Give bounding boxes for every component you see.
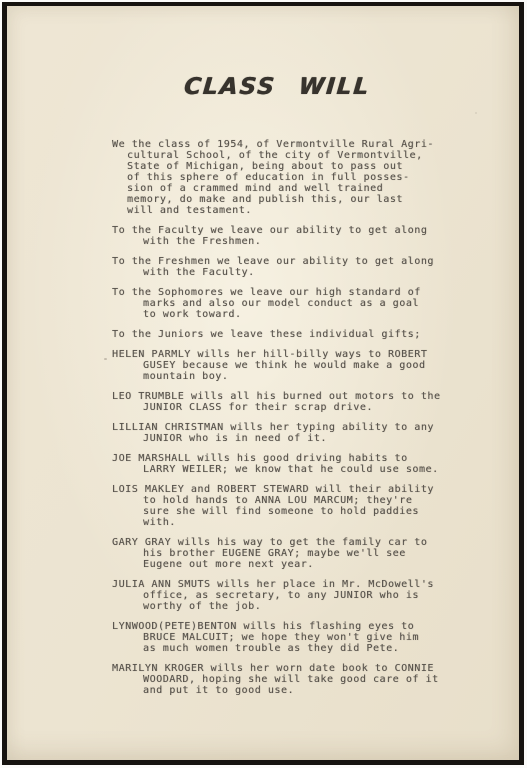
text-line: To the Faculty we leave our ability to g… (112, 225, 457, 236)
paragraph: To the Sophomores we leave our high stan… (112, 287, 457, 320)
text-line: as much women trouble as they did Pete. (112, 643, 457, 654)
text-line: cultural School, of the city of Vermontv… (112, 150, 457, 161)
paragraph: LEO TRUMBLE wills all his burned out mot… (112, 391, 457, 413)
text-line: LARRY WEILER; we know that he could use … (112, 464, 457, 475)
text-line: BRUCE MALCUIT; we hope they won't give h… (112, 632, 457, 643)
paragraph: GARY GRAY wills his way to get the famil… (112, 537, 457, 570)
text-line: LOIS MAKLEY and ROBERT STEWARD will thei… (112, 484, 457, 495)
text-line: office, as secretary, to any JUNIOR who … (112, 590, 457, 601)
paragraph: JULIA ANN SMUTS wills her place in Mr. M… (112, 579, 457, 612)
text-line: JOE MARSHALL wills his good driving habi… (112, 453, 457, 464)
text-line: GUSEY because we think he would make a g… (112, 360, 457, 371)
text-line: To the Sophomores we leave our high stan… (112, 287, 457, 298)
text-line: of this sphere of education in full poss… (112, 172, 457, 183)
text-line: with. (112, 517, 457, 528)
text-line: MARILYN KROGER wills her worn date book … (112, 663, 457, 674)
text-line: JULIA ANN SMUTS wills her place in Mr. M… (112, 579, 457, 590)
text-line: GARY GRAY wills his way to get the famil… (112, 537, 457, 548)
paragraph: We the class of 1954, of Vermontville Ru… (112, 139, 457, 216)
paper-background: CLASS WILL We the class of 1954, of Verm… (7, 6, 519, 760)
text-line: State of Michigan, being about to pass o… (112, 161, 457, 172)
page-title-wrap: CLASS WILL (97, 74, 457, 100)
text-line: sion of a crammed mind and well trained (112, 183, 457, 194)
text-line: sure she will find someone to hold paddi… (112, 506, 457, 517)
text-line: marks and also our model conduct as a go… (112, 298, 457, 309)
text-line: his brother EUGENE GRAY; maybe we'll see (112, 548, 457, 559)
text-line: To the Juniors we leave these individual… (112, 329, 457, 340)
text-line: To the Freshmen we leave our ability to … (112, 256, 457, 267)
text-line: with the Freshmen. (112, 236, 457, 247)
text-line: LEO TRUMBLE wills all his burned out mot… (112, 391, 457, 402)
text-line: memory, do make and publish this, our la… (112, 194, 457, 205)
text-line: will and testament. (112, 205, 457, 216)
text-line: JUNIOR CLASS for their scrap drive. (112, 402, 457, 413)
text-line: to work toward. (112, 309, 457, 320)
text-line: with the Faculty. (112, 267, 457, 278)
paragraph: To the Freshmen we leave our ability to … (112, 256, 457, 278)
scanned-page: CLASS WILL We the class of 1954, of Verm… (0, 0, 527, 768)
text-line: worthy of the job. (112, 601, 457, 612)
text-line: mountain boy. (112, 371, 457, 382)
text-line: and put it to good use. (112, 685, 457, 696)
paragraph: To the Juniors we leave these individual… (112, 329, 457, 340)
text-line: LILLIAN CHRISTMAN wills her typing abili… (112, 422, 457, 433)
class-will-text: We the class of 1954, of Vermontville Ru… (112, 139, 457, 696)
paragraph: JOE MARSHALL wills his good driving habi… (112, 453, 457, 475)
page-title: CLASS WILL (183, 74, 371, 100)
text-line: HELEN PARMLY wills her hill-billy ways t… (112, 349, 457, 360)
paper-speck (475, 112, 477, 114)
paragraph: LYNWOOD(PETE)BENTON wills his flashing e… (112, 621, 457, 654)
text-line: to hold hands to ANNA LOU MARCUM; they'r… (112, 495, 457, 506)
text-line: We the class of 1954, of Vermontville Ru… (112, 139, 457, 150)
paragraph: HELEN PARMLY wills her hill-billy ways t… (112, 349, 457, 382)
text-line: WOODARD, hoping she will take good care … (112, 674, 457, 685)
text-line: Eugene out more next year. (112, 559, 457, 570)
text-line: JUNIOR who is in need of it. (112, 433, 457, 444)
paragraph: LILLIAN CHRISTMAN wills her typing abili… (112, 422, 457, 444)
paper-speck (104, 358, 107, 360)
paragraph: To the Faculty we leave our ability to g… (112, 225, 457, 247)
paragraph: LOIS MAKLEY and ROBERT STEWARD will thei… (112, 484, 457, 528)
paragraph: MARILYN KROGER wills her worn date book … (112, 663, 457, 696)
text-line: LYNWOOD(PETE)BENTON wills his flashing e… (112, 621, 457, 632)
